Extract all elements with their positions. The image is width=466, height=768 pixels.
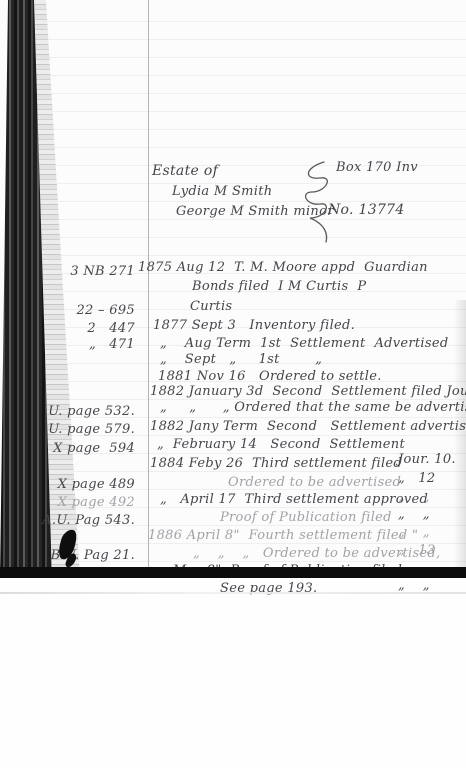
estate-of-label: Estate of [152,163,218,179]
ledger-entry: U. page 532. 1882 Jany Term Second Settl… [0,389,466,409]
ledger-entry: „ „ „ Ordered that the same be advertise… [0,370,466,390]
ledger-entry: Curtis [0,269,466,289]
scan-bottom-line [0,592,466,594]
box-reference: Box 170 Inv [336,160,418,175]
ledger-entry: 1875 Aug 12 T. M. Moore appd Guardian [0,230,466,250]
ledger-entry: 22 – 695 1877 Sept 3 Inventory filed. [0,288,466,308]
ledger-entry: U. page 579. „ February 14 Second Settle… [0,407,466,427]
ledger-entry: 3 NB 271 Bonds filed I M Curtis P [0,249,466,269]
page-edge-shadow [454,300,466,567]
scanned-ledger-page: Estate of Box 170 Inv Lydia M Smith Geor… [0,0,466,768]
ledger-entry: X page 489 „ April 17 Third settlement a… [0,462,466,482]
journal-ref: „ „ [398,578,464,593]
ledger-entry: A.U. Pag 543. 1886 April 8" Fourth settl… [0,498,466,518]
decedent-name: Lydia M Smith [172,184,272,199]
case-number: No. 13774 [328,202,405,218]
ledger-entry: X page 594 1884 Feby 26 Third settlement… [0,426,466,446]
scan-black-band [0,567,466,578]
ledger-entry: X page 492 Proof of Publication filed „ … [0,480,466,500]
